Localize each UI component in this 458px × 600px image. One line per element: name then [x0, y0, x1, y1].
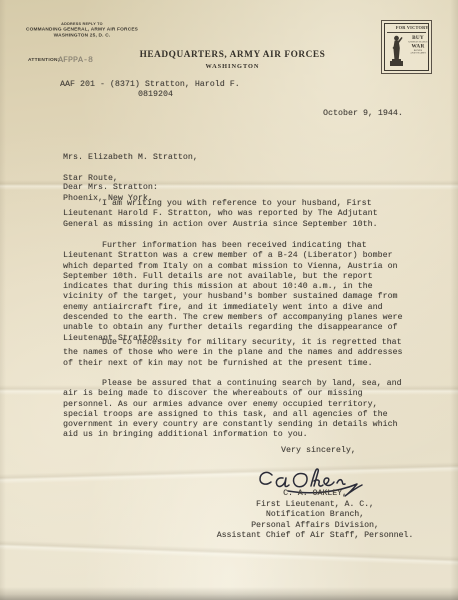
attention-label: ATTENTION:: [28, 57, 60, 63]
stamp-text-column: BUY UNITED STATES WAR BONDS AND STAMPS: [406, 35, 430, 54]
signature-block: C. A. OAKLEY, First Lieutenant, A. C., N…: [190, 489, 440, 542]
letterhead-title: HEADQUARTERS, ARMY AIR FORCES WASHINGTON: [110, 50, 355, 70]
body-paragraph-3: Due to necessity for military security, …: [63, 338, 415, 369]
washington-line: WASHINGTON: [110, 63, 355, 70]
recipient-name: Mrs. Elizabeth M. Stratton,: [63, 153, 198, 163]
crease-line: [0, 462, 458, 485]
stamp-border: FOR VICTORY BUY UNITED STATES WAR BONDS …: [384, 23, 429, 71]
paper-edge: [0, 0, 6, 600]
file-reference-line: AAF 201 - (8371) Stratton, Harold F.: [60, 80, 240, 90]
letter-page: ADDRESS REPLY TO COMMANDING GENERAL, ARM…: [0, 0, 458, 600]
attention-code: AFPPA-8: [58, 56, 93, 66]
headquarters-line: HEADQUARTERS, ARMY AIR FORCES: [110, 50, 355, 60]
war-bonds-stamp: FOR VICTORY BUY UNITED STATES WAR BONDS …: [381, 20, 432, 74]
reply-address-block: ADDRESS REPLY TO COMMANDING GENERAL, ARM…: [24, 21, 140, 39]
minuteman-statue-icon: [388, 35, 405, 67]
body-paragraph-4: Please be assured that a continuing sear…: [63, 379, 415, 441]
signer-name: C. A. OAKLEY,: [190, 489, 440, 500]
body-paragraph-1: I am writing you with reference to your …: [63, 199, 415, 230]
scan-edge-shadow: [0, 587, 458, 600]
paper-edge: [450, 0, 458, 600]
signer-rank: First Lieutenant, A. C.,: [190, 500, 440, 511]
salutation: Dear Mrs. Stratton:: [63, 183, 158, 193]
service-number: 0819204: [138, 90, 173, 100]
crease-line: [0, 540, 458, 567]
signer-office: Assistant Chief of Air Staff, Personnel.: [190, 531, 440, 542]
stamp-divider: [387, 32, 426, 33]
letter-date: October 9, 1944.: [323, 109, 403, 119]
stamp-title: FOR VICTORY: [396, 25, 418, 30]
body-paragraph-2: Further information has been received in…: [63, 241, 415, 344]
reply-line-3: WASHINGTON 25, D. C.: [24, 33, 140, 39]
complimentary-close: Very sincerely,: [281, 446, 356, 456]
signer-division: Personal Affairs Division,: [190, 521, 440, 532]
stamp-and-stamps: AND STAMPS: [406, 52, 430, 55]
signer-branch: Notification Branch,: [190, 510, 440, 521]
